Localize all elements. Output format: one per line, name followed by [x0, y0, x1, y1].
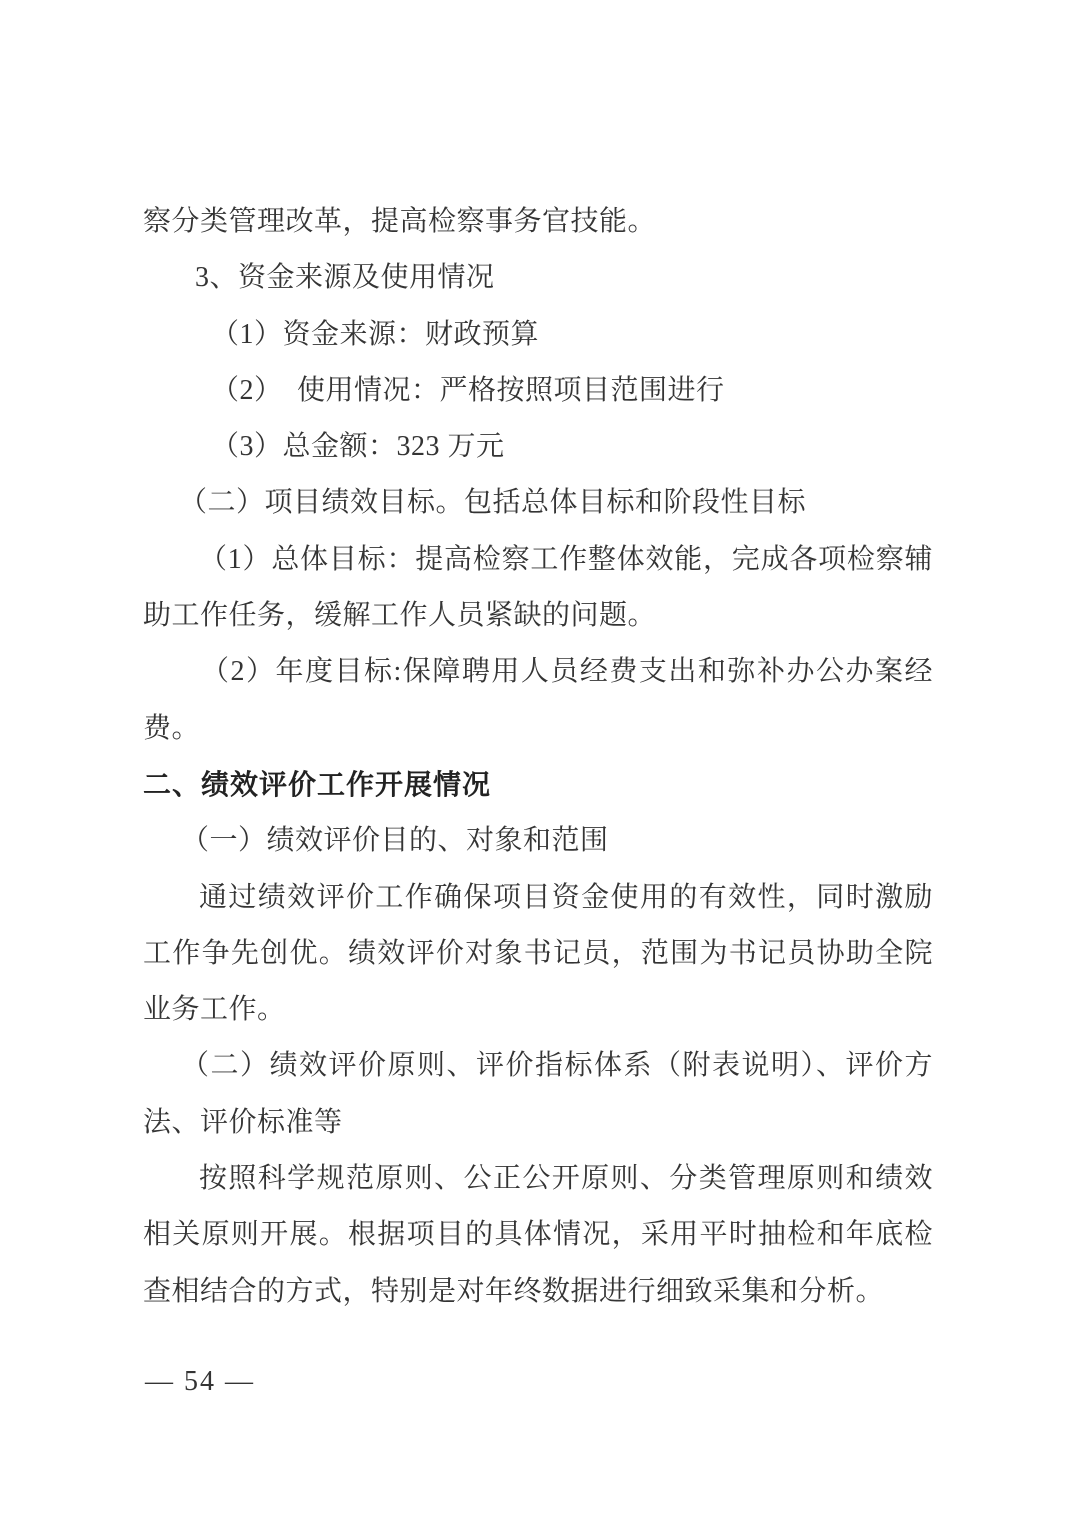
- paragraph-line: 察分类管理改革，提高检察事务官技能。: [143, 194, 933, 250]
- subsection-title: （一）绩效评价目的、对象和范围: [143, 813, 933, 869]
- paragraph-line: 通过绩效评价工作确保项目资金使用的有效性，同时激励: [143, 870, 933, 926]
- document-page: 察分类管理改革，提高检察事务官技能。 3、资金来源及使用情况 （1）资金来源：财…: [0, 0, 1074, 1520]
- page-footer: — 54 —: [145, 1362, 255, 1402]
- paragraph-line: 相关原则开展。根据项目的具体情况，采用平时抽检和年底检: [143, 1207, 933, 1263]
- paragraph-line: 工作争先创优。绩效评价对象书记员，范围为书记员协助全院: [143, 926, 933, 982]
- page-number: — 54 —: [145, 1366, 255, 1397]
- subsection-title: 法、评价标准等: [143, 1095, 933, 1151]
- list-item: （3）总金额：323 万元: [143, 419, 933, 475]
- paragraph-line: 助工作任务，缓解工作人员紧缺的问题。: [143, 588, 933, 644]
- paragraph-line: （1）总体目标：提高检察工作整体效能，完成各项检察辅: [143, 532, 933, 588]
- list-item: （1）资金来源：财政预算: [143, 307, 933, 363]
- paragraph-line: 费。: [143, 701, 933, 757]
- subsection-title: （二）项目绩效目标。包括总体目标和阶段性目标: [143, 475, 933, 531]
- paragraph-line: （2）年度目标:保障聘用人员经费支出和弥补办公办案经: [143, 644, 933, 700]
- subsection-title: （二）绩效评价原则、评价指标体系（附表说明）、评价方: [143, 1038, 933, 1094]
- list-item: 3、资金来源及使用情况: [143, 250, 933, 306]
- paragraph-line: 业务工作。: [143, 982, 933, 1038]
- document-body: 察分类管理改革，提高检察事务官技能。 3、资金来源及使用情况 （1）资金来源：财…: [143, 194, 933, 1320]
- paragraph-line: 按照科学规范原则、公正公开原则、分类管理原则和绩效: [143, 1151, 933, 1207]
- section-heading: 二、绩效评价工作开展情况: [143, 757, 933, 813]
- paragraph-line: 查相结合的方式，特别是对年终数据进行细致采集和分析。: [143, 1264, 933, 1320]
- list-item: （2） 使用情况：严格按照项目范围进行: [143, 363, 933, 419]
